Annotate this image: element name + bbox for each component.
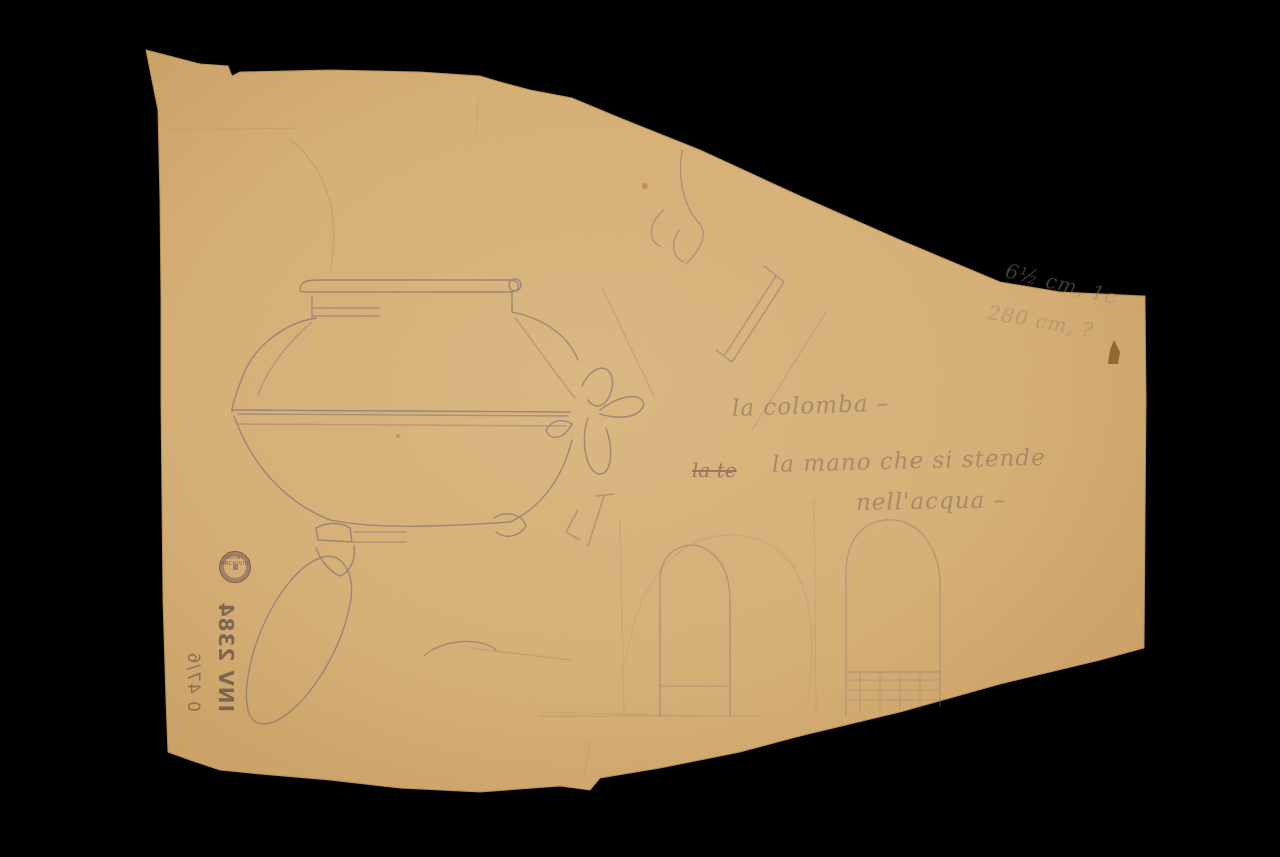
stamp-emblem-icon (233, 564, 238, 570)
inventory-sub-number: 0 47/6 (183, 652, 203, 712)
struck-word: la te (692, 458, 737, 482)
note-line-3: nell'acqua – (856, 487, 1007, 516)
paper-sheet (0, 0, 1280, 857)
archive-stamp: FADINI · ARCHIVIO · (219, 551, 251, 583)
scan-background: la colomba – la te la mano che si stende… (0, 0, 1280, 857)
note-line-1: la colomba – (732, 391, 890, 422)
inventory-number: INV 2384 (214, 602, 238, 712)
